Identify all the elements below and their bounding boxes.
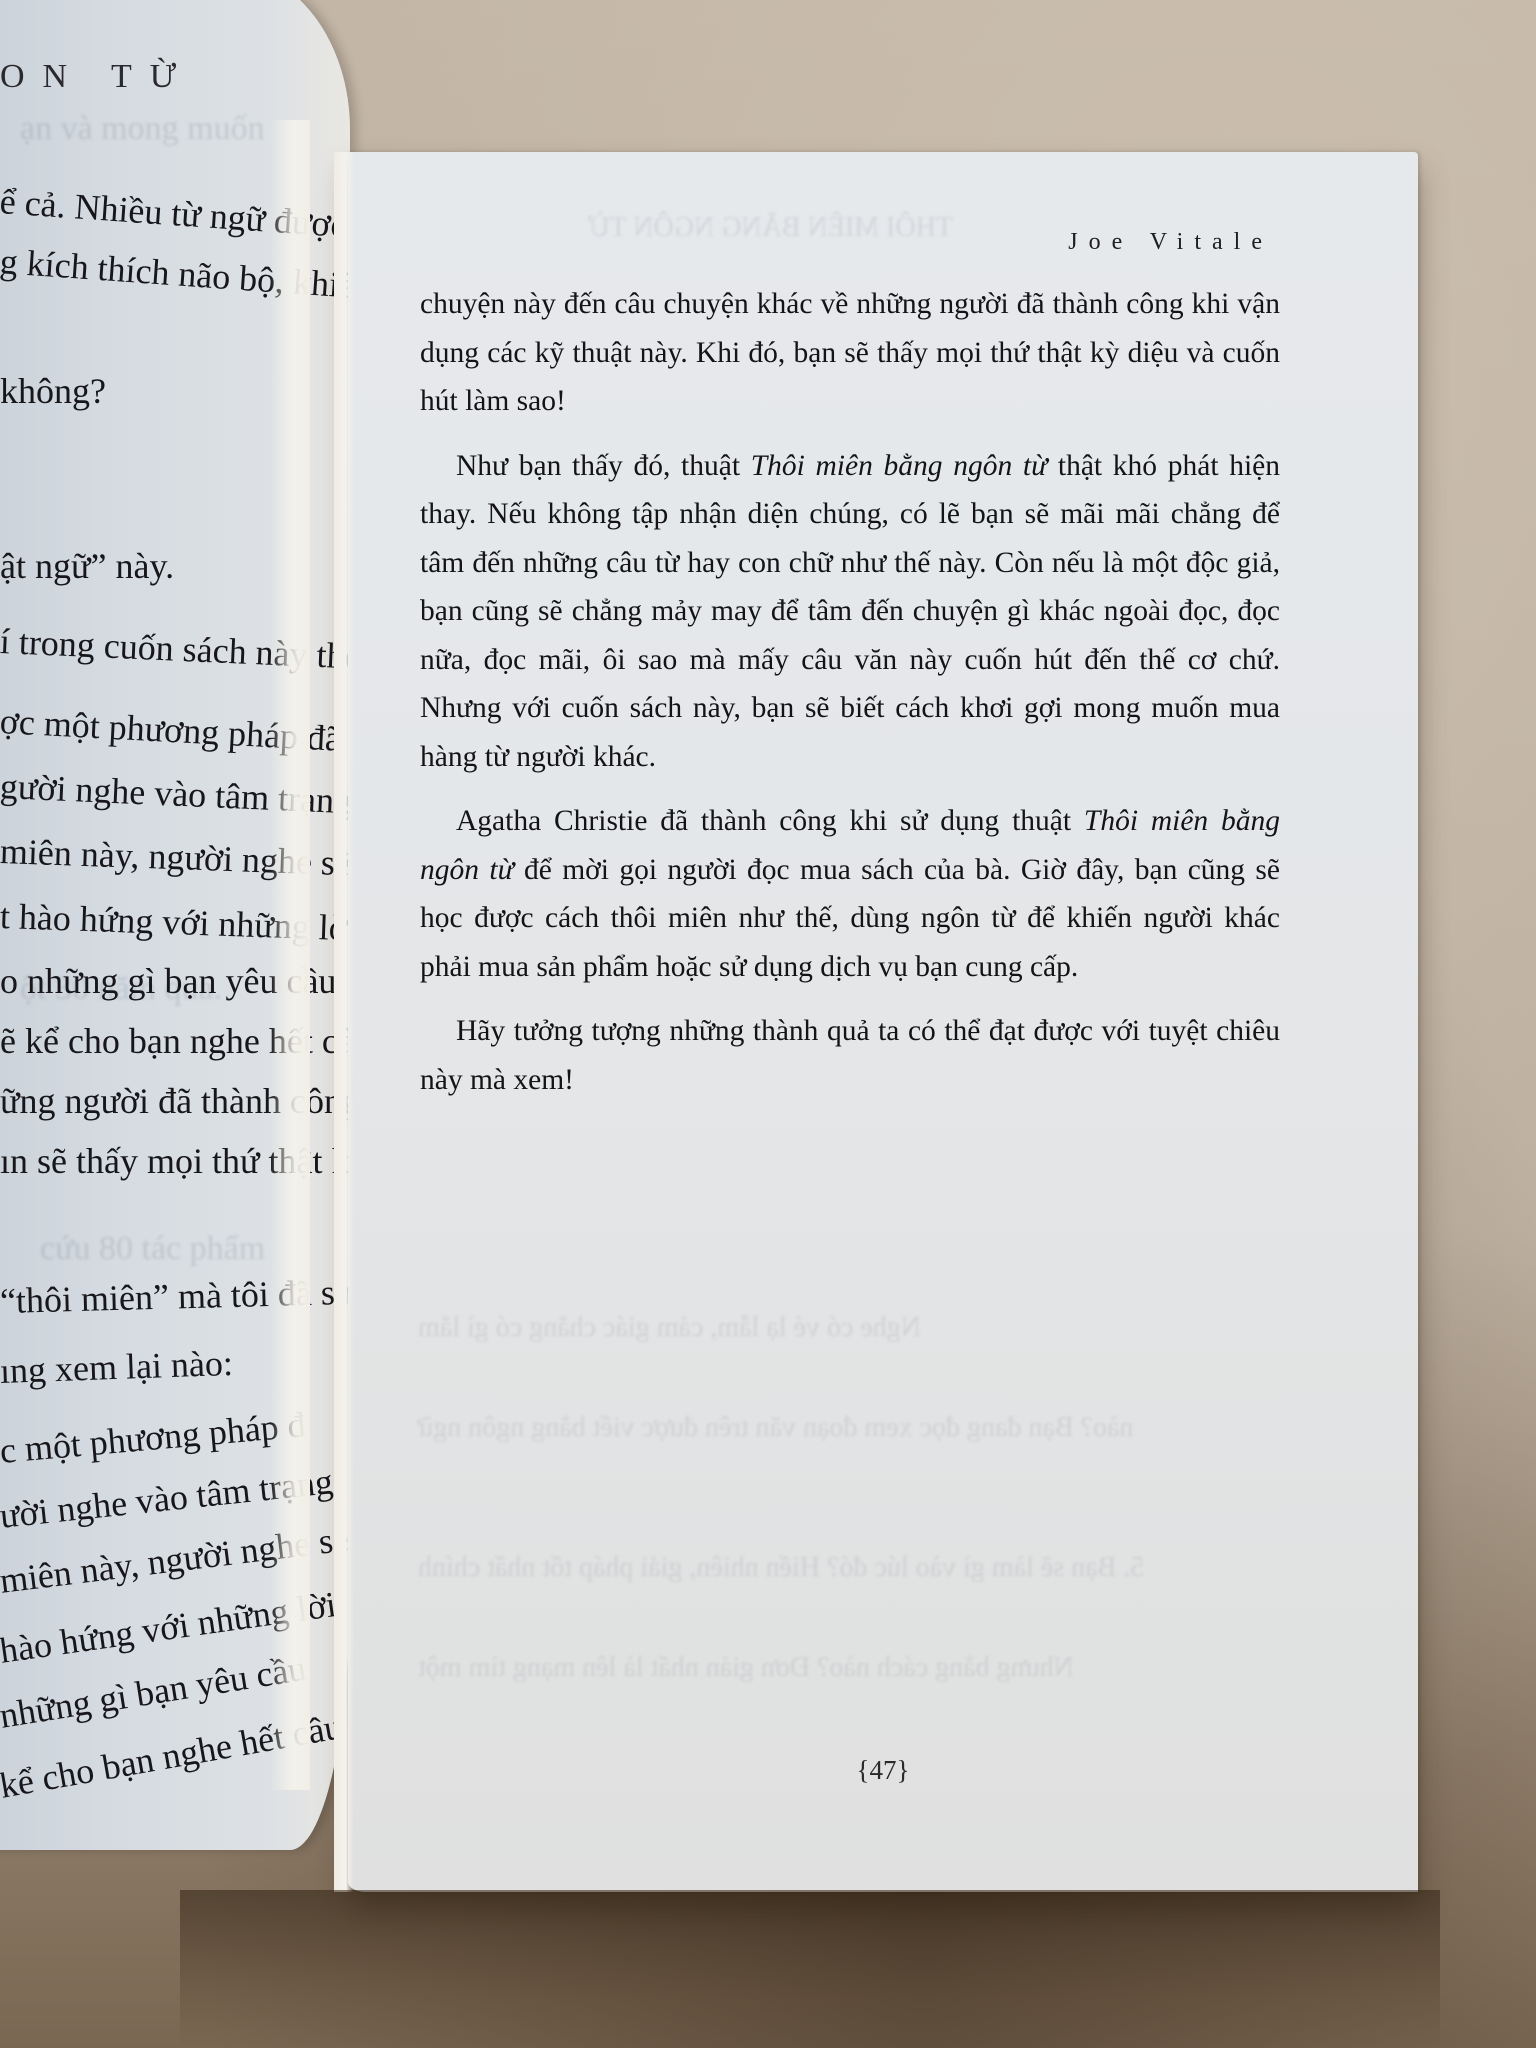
bleed-through-text: Nghe có vẻ lạ lẫm, cảm giác chẳng có gì … [418,1312,921,1344]
paragraph: Hãy tưởng tượng những thành quả ta có th… [420,1007,1280,1104]
paragraph: Như bạn thấy đó, thuật Thôi miên bằng ng… [420,442,1280,782]
running-head-author: Joe Vitale [1068,229,1273,256]
text-run: chuyện này đến câu chuyện khác về những … [420,288,1280,417]
bleed-through-text: nào? Bạn đang đọc xem đoạn văn trên được… [418,1412,1133,1444]
left-page-line: c một phương pháp đ [0,1403,307,1472]
bleed-through-text: 5. Bạn sẽ làm gì vào lúc đó? Hiển nhiên,… [418,1552,1144,1584]
bleed-through-text: Nhưng bằng cách nào? Đơn giản nhất là lê… [418,1652,1074,1684]
text-run: Hãy tưởng tượng những thành quả ta có th… [420,1015,1280,1096]
bleed-through-text: THÔI MIÊN BẰNG NGÔN TỪ [588,212,953,244]
left-page-line: ật ngữ” này. [0,545,174,587]
paragraph: chuyện này đến câu chuyện khác về những … [420,280,1280,426]
body-text: chuyện này đến câu chuyện khác về những … [420,280,1280,1120]
bleed-through-text: ạn và mong muốn [20,110,265,148]
text-run: để mời gọi người đọc mua sách của bà. Gi… [420,854,1280,983]
text-run: Như bạn thấy đó, thuật [456,450,751,482]
text-run: thật khó phát hiện thay. Nếu không tập n… [420,450,1280,773]
left-page: ON TỪ ạn và mong muốn ột 30 năm qua. cứu… [0,0,350,1850]
left-running-head: ON TỪ [0,58,194,96]
left-page-line: không? [0,370,106,412]
text-run: Agatha Christie đã thành công khi sử dụn… [456,805,1084,837]
right-page: THÔI MIÊN BẰNG NGÔN TỪ Nghe có vẻ lạ lẫm… [348,152,1418,1892]
gutter-shadow [270,120,310,1790]
bleed-through-text: cứu 80 tác phẩm [40,1230,265,1268]
left-page-line: ıng xem lại nào: [0,1342,234,1392]
paragraph: Agatha Christie đã thành công khi sử dụn… [420,797,1280,991]
page-number: {47} [348,1755,1418,1786]
book-shadow [180,1890,1440,2048]
italic-phrase: Thôi miên bằng ngôn từ [751,450,1047,482]
